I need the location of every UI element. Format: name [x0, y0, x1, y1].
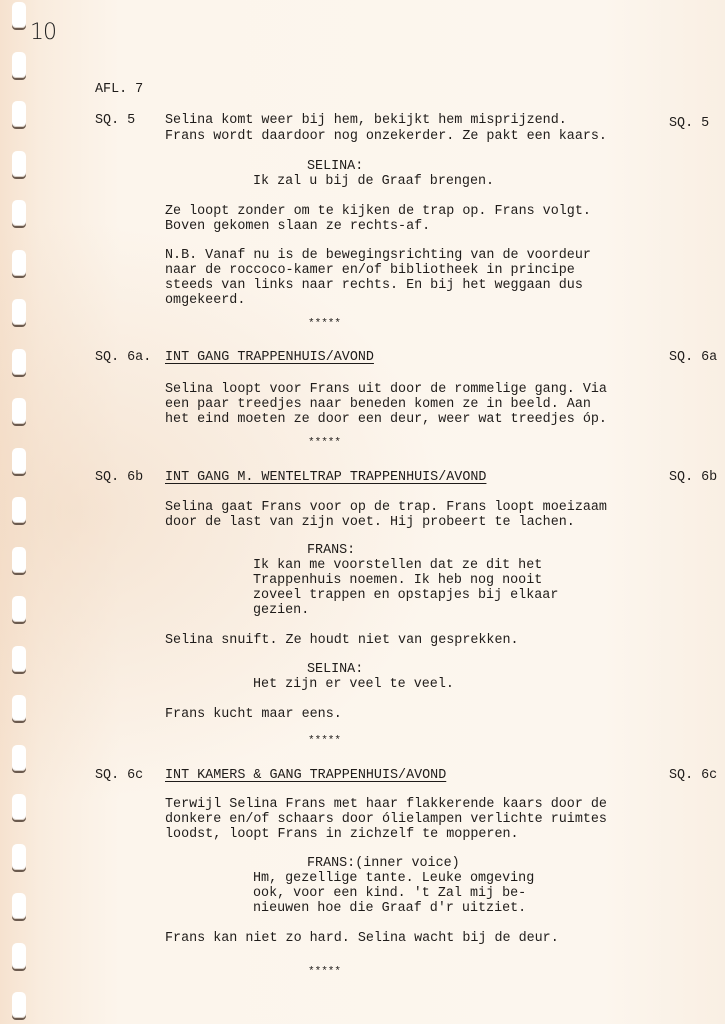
sequence-label: SQ. 6c [95, 768, 143, 783]
binder-hole [12, 844, 26, 870]
binder-hole [12, 497, 26, 523]
binder-hole [12, 943, 26, 969]
binder-hole [12, 101, 26, 127]
page-number: 10 [30, 20, 56, 45]
scene-separator: ***** [308, 966, 341, 978]
binder-hole [12, 299, 26, 325]
binder-hole [12, 398, 26, 424]
sequence-label: SQ. 6a. [95, 350, 151, 365]
dialogue-line: gezien. [253, 603, 309, 618]
dialogue-line: nieuwen hoe die Graaf d'r uitziet. [253, 901, 526, 916]
action-line: Selina snuift. Ze houdt niet van gesprek… [165, 633, 519, 648]
dialogue-line: Het zijn er veel te veel. [253, 677, 454, 692]
scene-separator: ***** [308, 735, 341, 747]
action-line: door de last van zijn voet. Hij probeert… [165, 515, 575, 530]
scene-separator: ***** [308, 318, 341, 330]
action-line: loodst, loopt Frans in zichzelf te moppe… [165, 827, 519, 842]
sequence-label-right: SQ. 6a [669, 350, 717, 365]
action-line: Selina komt weer bij hem, bekijkt hem mi… [165, 113, 567, 128]
action-line: donkere en/of schaars door ólielampen ve… [165, 812, 607, 827]
binder-hole [12, 52, 26, 78]
binder-hole [12, 992, 26, 1018]
sequence-label-right: SQ. 6b [669, 470, 717, 485]
binder-hole [12, 794, 26, 820]
scene-heading: INT GANG TRAPPENHUIS/AVOND [165, 350, 374, 365]
dialogue-line: Ik zal u bij de Graaf brengen. [253, 174, 494, 189]
note-line: omgekeerd. [165, 293, 245, 308]
action-line: Selina loopt voor Frans uit door de romm… [165, 382, 607, 397]
binder-hole [12, 250, 26, 276]
scene-heading: INT KAMERS & GANG TRAPPENHUIS/AVOND [165, 768, 446, 783]
action-line: het eind moeten ze door een deur, weer w… [165, 412, 607, 427]
sequence-label-right: SQ. 5 [669, 116, 709, 131]
note-line: steeds van links naar rechts. En bij het… [165, 278, 583, 293]
action-line: Ze loopt zonder om te kijken de trap op.… [165, 204, 591, 219]
action-line: een paar treedjes naar beneden komen ze … [165, 397, 591, 412]
character-name: FRANS:(inner voice) [307, 856, 460, 871]
dialogue-line: zoveel trappen en opstapjes bij elkaar [253, 588, 558, 603]
binder-hole [12, 448, 26, 474]
binder-hole [12, 200, 26, 226]
binder-hole [12, 745, 26, 771]
dialogue-line: Hm, gezellige tante. Leuke omgeving [253, 871, 534, 886]
binder-hole [12, 893, 26, 919]
scene-heading: INT GANG M. WENTELTRAP TRAPPENHUIS/AVOND [165, 470, 486, 485]
action-line: Frans wordt daardoor nog onzekerder. Ze … [165, 129, 607, 144]
sequence-label: SQ. 6b [95, 470, 143, 485]
action-line: Frans kucht maar eens. [165, 707, 342, 722]
note-line: naar de roccoco-kamer en/of bibliotheek … [165, 263, 575, 278]
dialogue-line: ook, voor een kind. 't Zal mij be- [253, 886, 526, 901]
character-name: FRANS: [307, 543, 355, 558]
binder-hole [12, 151, 26, 177]
character-name: SELINA: [307, 159, 363, 174]
binder-hole [12, 596, 26, 622]
dialogue-line: Trappenhuis noemen. Ik heb nog nooit [253, 573, 542, 588]
script-page: 10 AFL. 7 SQ. 5 SQ. 5 Selina komt weer b… [0, 0, 725, 1024]
binder-holes [8, 0, 32, 1024]
episode-label: AFL. 7 [95, 82, 143, 97]
scene-separator: ***** [308, 437, 341, 449]
sequence-label: SQ. 5 [95, 113, 135, 128]
binder-hole [12, 547, 26, 573]
dialogue-line: Ik kan me voorstellen dat ze dit het [253, 558, 542, 573]
note-line: N.B. Vanaf nu is de bewegingsrichting va… [165, 248, 591, 263]
action-line: Terwijl Selina Frans met haar flakkerend… [165, 797, 607, 812]
action-line: Frans kan niet zo hard. Selina wacht bij… [165, 931, 559, 946]
action-line: Boven gekomen slaan ze rechts-af. [165, 219, 430, 234]
binder-hole [12, 695, 26, 721]
action-line: Selina gaat Frans voor op de trap. Frans… [165, 500, 607, 515]
binder-hole [12, 349, 26, 375]
binder-hole [12, 646, 26, 672]
binder-hole [12, 2, 26, 28]
sequence-label-right: SQ. 6c [669, 768, 717, 783]
character-name: SELINA: [307, 662, 363, 677]
